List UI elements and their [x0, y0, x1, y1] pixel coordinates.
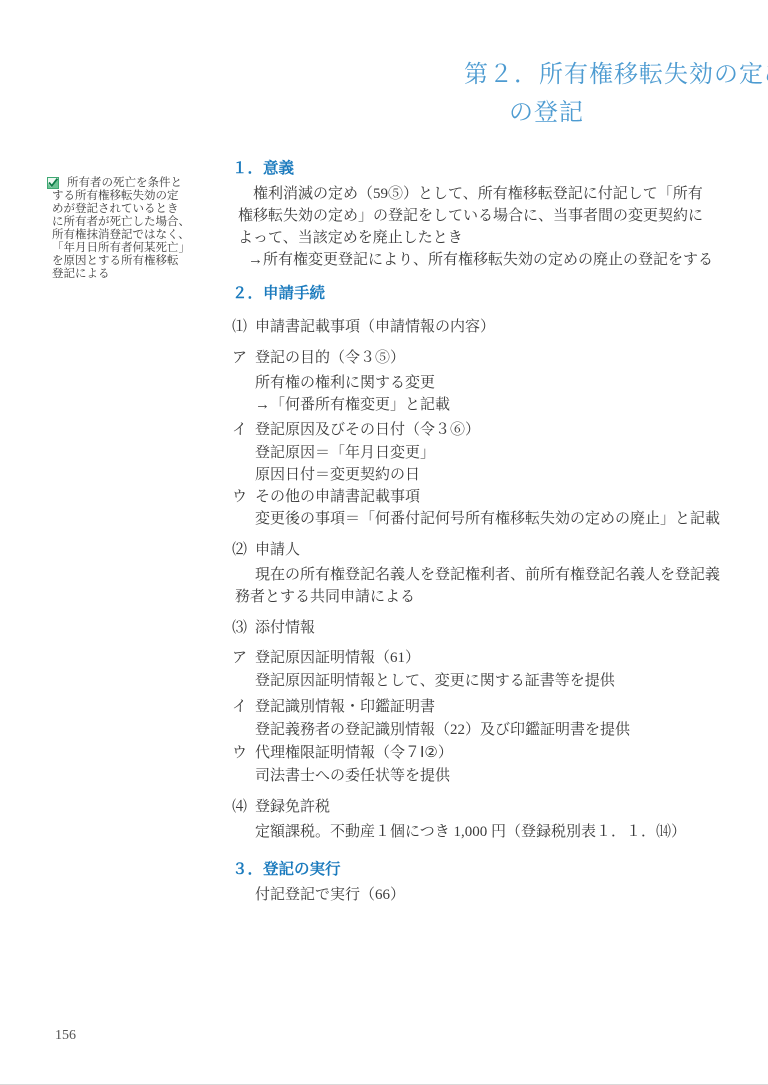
- checked-checkbox-icon: [47, 177, 59, 189]
- list-text: 登記識別情報・印鑑証明書: [255, 699, 435, 715]
- margin-note-line: する所有権移転失効の定: [47, 190, 222, 203]
- list-marker: イ: [232, 421, 255, 440]
- section-heading-2: ２．申請手続: [232, 285, 325, 303]
- list-marker: ア: [232, 649, 255, 668]
- margin-note-line: めが登記されているとき: [47, 203, 222, 216]
- list-item: ウ代理権限証明情報（令７Ⅰ②）: [232, 744, 453, 763]
- document-page: 所有者の死亡を条件と する所有権移転失効の定 めが登記されているとき に所有者が…: [0, 0, 768, 1085]
- list-item: ⑷登録免許税: [232, 798, 330, 817]
- body-line: よって、当該定めを廃止したとき: [238, 229, 463, 248]
- body-line: 現在の所有権登記名義人を登記権利者、前所有権登記名義人を登記義: [255, 566, 720, 585]
- body-line: 司法書士への委任状等を提供: [255, 767, 450, 786]
- list-text: 登記原因及びその日付（令３⑥）: [255, 422, 480, 438]
- body-line: 付記登記で実行（66）: [255, 886, 405, 905]
- list-item: イ登記識別情報・印鑑証明書: [232, 698, 435, 717]
- list-text: 申請人: [255, 542, 300, 558]
- body-line: 権利消滅の定め（59⑤）として、所有権移転登記に付記して「所有: [253, 185, 703, 204]
- list-text: 登記の目的（令３⑤）: [255, 350, 405, 366]
- margin-note-line: 所有者の死亡を条件と: [47, 177, 222, 190]
- list-text: 申請書記載事項（申請情報の内容）: [255, 319, 495, 335]
- list-marker: ア: [232, 349, 255, 368]
- list-item: ア登記原因証明情報（61）: [232, 649, 420, 668]
- list-item: ⑵申請人: [232, 541, 300, 560]
- body-line: →「何番所有権変更」と記載: [255, 396, 450, 415]
- body-line: 定額課税。不動産１個につき 1,000 円（登録税別表１．１．⒁）: [255, 823, 686, 842]
- list-item: ⑶添付情報: [232, 619, 315, 638]
- margin-note-line: を原因とする所有権移転: [47, 255, 222, 268]
- list-marker: ⑵: [232, 541, 255, 560]
- body-line: 登記義務者の登記識別情報（22）及び印鑑証明書を提供: [255, 721, 630, 740]
- margin-note-line: 「年月日所有者何某死亡」: [47, 242, 222, 255]
- list-text: 代理権限証明情報（令７Ⅰ②）: [255, 745, 453, 761]
- margin-note-line: 登記による: [47, 268, 222, 281]
- body-line: →所有権変更登記により、所有権移転失効の定めの廃止の登記をする: [248, 251, 713, 270]
- chapter-title-line1: 第２．所有権移転失効の定めの廃止: [464, 56, 768, 94]
- list-marker: ウ: [232, 744, 255, 763]
- list-item: ア登記の目的（令３⑤）: [232, 349, 405, 368]
- list-marker: ⑶: [232, 619, 255, 638]
- section-heading-3: ３．登記の実行: [232, 861, 341, 879]
- list-item: ⑴申請書記載事項（申請情報の内容）: [232, 318, 495, 337]
- section-heading-1: １．意義: [232, 160, 294, 178]
- list-marker: イ: [232, 698, 255, 717]
- margin-note: 所有者の死亡を条件と する所有権移転失効の定 めが登記されているとき に所有者が…: [47, 177, 222, 281]
- margin-note-line: に所有者が死亡した場合、: [47, 216, 222, 229]
- body-line: 務者とする共同申請による: [235, 588, 415, 607]
- list-text: 登録免許税: [255, 799, 330, 815]
- body-line: 登記原因証明情報として、変更に関する証書等を提供: [255, 672, 615, 691]
- body-line: 変更後の事項＝「何番付記何号所有権移転失効の定めの廃止」と記載: [255, 510, 720, 529]
- list-text: 登記原因証明情報（61）: [255, 650, 420, 666]
- margin-note-text: 所有者の死亡を条件と: [67, 177, 182, 189]
- list-marker: ⑷: [232, 798, 255, 817]
- main-column: 第２．所有権移転失効の定めの廃止 の登記 １．意義 権利消滅の定め（59⑤）とし…: [232, 0, 762, 1084]
- body-line: 原因日付＝変更契約の日: [255, 466, 420, 485]
- body-line: 所有権の権利に関する変更: [255, 374, 435, 393]
- chapter-title-line2: の登記: [464, 94, 768, 132]
- list-marker: ウ: [232, 488, 255, 507]
- margin-note-line: 所有権抹消登記ではなく、: [47, 229, 222, 242]
- list-item: イ登記原因及びその日付（令３⑥）: [232, 421, 480, 440]
- list-text: その他の申請書記載事項: [255, 489, 420, 505]
- body-line: 権移転失効の定め」の登記をしている場合に、当事者間の変更契約に: [238, 207, 703, 226]
- list-marker: ⑴: [232, 318, 255, 337]
- page-number: 156: [55, 1028, 76, 1044]
- list-text: 添付情報: [255, 620, 315, 636]
- list-item: ウその他の申請書記載事項: [232, 488, 420, 507]
- chapter-title: 第２．所有権移転失効の定めの廃止 の登記: [464, 56, 768, 132]
- body-line: 登記原因＝「年月日変更」: [255, 444, 435, 463]
